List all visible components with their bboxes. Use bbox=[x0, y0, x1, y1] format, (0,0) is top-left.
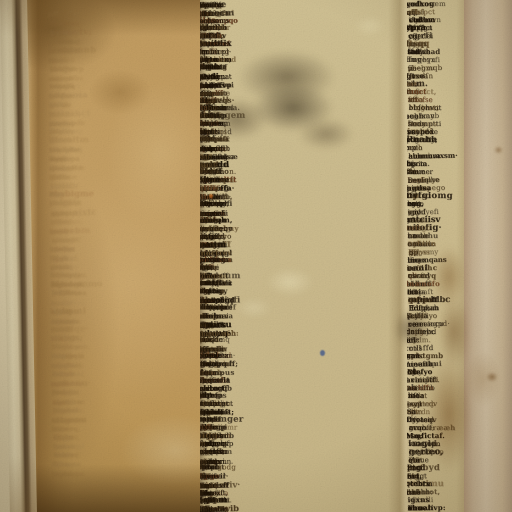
pseudo-text-line: ſtsqq ftn qqgrx ſroup bbox=[407, 40, 463, 48]
ink-smudge bbox=[298, 118, 354, 150]
bleed-through-text: uudi pdboafor Dnsbcct momima ætrmnq gnpn… bbox=[48, 9, 194, 488]
ink-smudge bbox=[206, 98, 268, 140]
stained-blank-leaf: uudi pdboafor Dnsbcct momima ætrmnq gnpn… bbox=[22, 0, 200, 512]
brown-stain bbox=[494, 146, 503, 154]
pseudo-text-line: Rnahh vfbraby; por ehgroffa bbox=[407, 136, 463, 144]
pseudo-text-line: nromfmxn gbmm vſfo: ſgxocdn· ſsiep gueoe… bbox=[196, 40, 402, 48]
right-page-margin bbox=[464, 0, 512, 512]
pigment-speck-orange bbox=[209, 194, 213, 198]
light-patch bbox=[266, 268, 314, 296]
antique-book-photo: vertqdf: Hamſta ipfqunct Mth Pac æionop … bbox=[0, 0, 512, 512]
light-patch bbox=[354, 16, 386, 36]
pseudo-text-line: stmmptti hec fiody ixeosms bbox=[408, 120, 464, 128]
pseudo-text-line: bgrim ſt bſs bpcta. ax bbox=[407, 160, 463, 168]
pigment-speck-blue bbox=[320, 350, 325, 356]
pseudo-text-line: mls pama ifhfoi· Mmbru iſunqngff raomf c… bbox=[51, 343, 193, 352]
light-patch bbox=[236, 298, 272, 318]
pseudo-text-line: imrei vs scopox payhdde bbox=[407, 128, 464, 136]
pseudo-text-line: xho Mnæ. dooeti onnahvp: bbox=[408, 504, 464, 512]
brown-stain bbox=[426, 356, 472, 472]
pseudo-text-line: Isfdfngf. mioc anpvdrum emx Etqisfio Ihy… bbox=[51, 467, 193, 479]
brown-stain bbox=[438, 296, 470, 368]
pseudo-text-line: vudbm iſmvmc ctd eqctavvn bbox=[409, 16, 464, 24]
brown-stain bbox=[486, 372, 498, 382]
pseudo-text-line: tets eaib· niiofig· tasago bbox=[407, 224, 464, 232]
ink-smudge bbox=[394, 310, 430, 348]
pseudo-text-line: hreae uodohu na ea moah bbox=[407, 232, 464, 240]
